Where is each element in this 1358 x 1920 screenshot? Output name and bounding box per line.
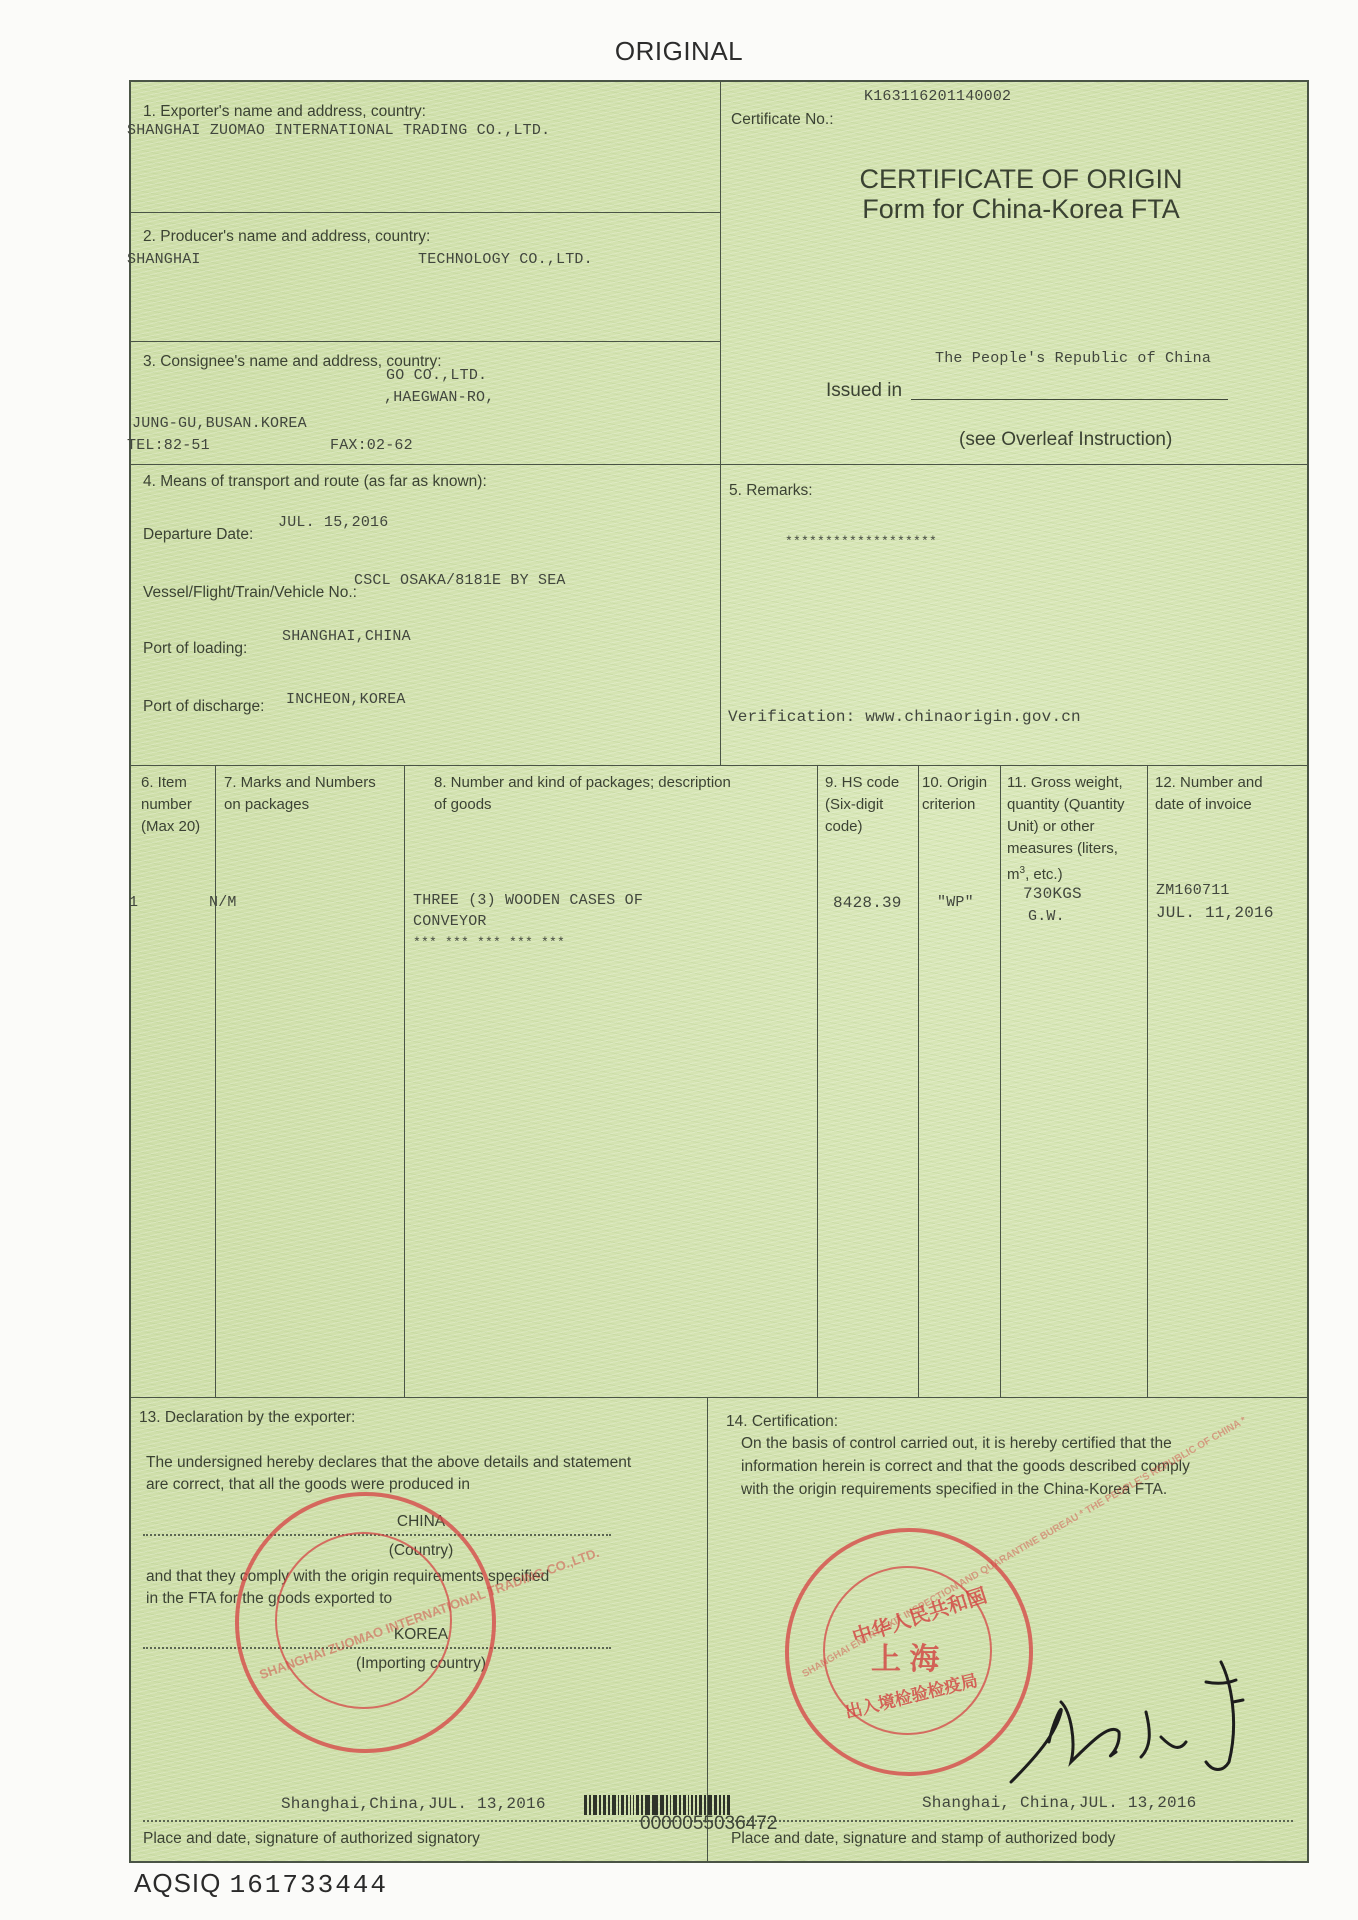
exporter-name: SHANGHAI ZUOMAO INTERNATIONAL TRADING CO… — [127, 122, 550, 139]
port-of-loading-value: SHANGHAI,CHINA — [282, 628, 411, 645]
row1-description-line3: *** *** *** *** *** — [413, 935, 565, 950]
divider-table-box13 — [131, 1397, 1309, 1398]
consignee-tel: TEL:82-51 — [127, 437, 210, 454]
certificate-form: 1. Exporter's name and address, country:… — [129, 80, 1309, 1863]
producer-name-right: TECHNOLOGY CO.,LTD. — [418, 251, 593, 268]
authority-signature-caption: Place and date, signature and stamp of a… — [731, 1829, 1115, 1849]
certification-text-2: information herein is correct and that t… — [741, 1457, 1190, 1477]
row1-quantity-line2: G.W. — [1028, 908, 1065, 925]
declaration-text-1: The undersigned hereby declares that the… — [146, 1453, 631, 1473]
produced-in-country: CHINA — [361, 1512, 481, 1532]
overleaf-note: (see Overleaf Instruction) — [959, 428, 1172, 452]
barcode-number: 0000055036472 — [640, 1813, 777, 1835]
table-col-divider-1 — [215, 765, 216, 1397]
issued-in-value: The People's Republic of China — [935, 350, 1211, 367]
divider-box2-box3 — [131, 341, 721, 342]
issued-in-label: Issued in — [826, 379, 902, 403]
consignee-fax: FAX:02-62 — [330, 437, 413, 454]
port-of-discharge-label: Port of discharge: — [143, 697, 264, 717]
row1-quantity-line1: 730KGS — [1023, 885, 1082, 903]
aqsiq-code: AQSIQ 161733444 — [134, 1868, 388, 1900]
row1-invoice-number: ZM160711 — [1156, 882, 1230, 899]
col-header-marks: 7. Marks and Numberson packages — [224, 772, 402, 816]
consignee-line-3: JUNG-GU,BUSAN.KOREA — [132, 415, 307, 432]
row1-description-line2: CONVEYOR — [413, 913, 487, 930]
col-header-description: 8. Number and kind of packages; descript… — [434, 772, 814, 816]
certificate-title: CERTIFICATE OF ORIGIN — [731, 164, 1311, 195]
table-col-divider-4 — [918, 765, 919, 1397]
box2-label: 2. Producer's name and address, country: — [143, 227, 430, 247]
stamp-inner-top: 中华人民共和国 — [848, 1579, 990, 1650]
exporter-signature-caption: Place and date, signature of authorized … — [143, 1829, 480, 1849]
row1-marks: N/M — [209, 894, 237, 911]
divider-box1-box2 — [131, 212, 721, 213]
table-col-divider-2 — [404, 765, 405, 1397]
certificate-subtitle: Form for China-Korea FTA — [731, 194, 1311, 225]
divider-top-columns — [720, 82, 721, 765]
importing-country-caption: (Importing country) — [311, 1654, 531, 1674]
original-title: ORIGINAL — [0, 36, 1358, 67]
exporter-place-date: Shanghai,China,JUL. 13,2016 — [281, 1795, 546, 1813]
stamp-outer-text: SHANGHAI ENTRY-EXIT INSPECTION AND QUARA… — [800, 1415, 1248, 1680]
importing-country-dotted-line — [143, 1647, 611, 1649]
row1-invoice-date: JUL. 11,2016 — [1156, 904, 1274, 922]
inspection-bureau-stamp: 中华人民共和国 上 海 出入境检验检疫局 SHANGHAI ENTRY-EXIT… — [785, 1528, 1033, 1776]
col-header-item-number: 6. Itemnumber(Max 20) — [141, 772, 213, 838]
certification-text-1: On the basis of control carried out, it … — [741, 1434, 1172, 1454]
remarks-value: ******************* — [785, 534, 937, 549]
declaration-text-4: in the FTA for the goods exported to — [146, 1589, 392, 1609]
divider-box3-box4 — [131, 464, 1309, 465]
divider-box13-box14 — [707, 1397, 708, 1863]
verification-text: Verification: www.chinaorigin.gov.cn — [728, 708, 1081, 726]
row1-hs-code: 8428.39 — [833, 894, 902, 912]
stamp-center: 上 海 — [871, 1634, 939, 1678]
consignee-line-2: ,HAEGWAN-RO, — [384, 389, 494, 406]
authority-place-date: Shanghai, China,JUL. 13,2016 — [922, 1794, 1196, 1812]
declaration-text-3: and that they comply with the origin req… — [146, 1567, 549, 1587]
barcode — [584, 1795, 730, 1815]
port-of-loading-label: Port of loading: — [143, 639, 247, 659]
col-header-hs-code: 9. HS code(Six-digitcode) — [825, 772, 917, 838]
box1-label: 1. Exporter's name and address, country: — [143, 102, 426, 122]
row1-item-number: 1 — [129, 894, 138, 911]
row1-origin-criterion: "WP" — [937, 894, 974, 911]
box5-label: 5. Remarks: — [729, 481, 813, 501]
box4-label: 4. Means of transport and route (as far … — [143, 472, 487, 492]
certificate-number: K163116201140002 — [864, 88, 1011, 105]
departure-date-label: Departure Date: — [143, 525, 253, 545]
aqsiq-number: 161733444 — [230, 1870, 388, 1900]
col-header-origin-criterion: 10. Origincriterion — [922, 772, 1000, 816]
row1-description-line1: THREE (3) WOODEN CASES OF — [413, 892, 643, 909]
port-of-discharge-value: INCHEON,KOREA — [286, 691, 406, 708]
importing-country: KOREA — [361, 1625, 481, 1645]
producer-name-left: SHANGHAI — [127, 251, 201, 268]
authority-signature — [1001, 1642, 1291, 1792]
country-dotted-line — [143, 1534, 611, 1536]
departure-date-value: JUL. 15,2016 — [278, 514, 388, 531]
vessel-label: Vessel/Flight/Train/Vehicle No.: — [143, 583, 357, 603]
certificate-number-label: Certificate No.: — [731, 110, 834, 130]
table-col-divider-3 — [817, 765, 818, 1397]
certification-text-3: with the origin requirements specified i… — [741, 1480, 1167, 1500]
col-header-gross-weight: 11. Gross weight,quantity (QuantityUnit)… — [1007, 772, 1147, 886]
box14-label: 14. Certification: — [726, 1412, 838, 1432]
aqsiq-prefix: AQSIQ — [134, 1868, 221, 1898]
vessel-value: CSCL OSAKA/8181E BY SEA — [354, 572, 566, 589]
stamp-inner-bottom: 出入境检验检疫局 — [842, 1666, 980, 1723]
divider-box4-table — [131, 765, 1309, 766]
table-col-divider-5 — [1000, 765, 1001, 1397]
country-caption: (Country) — [361, 1541, 481, 1561]
table-col-divider-6 — [1147, 765, 1148, 1397]
consignee-line-1: GO CO.,LTD. — [386, 367, 487, 384]
declaration-text-2: are correct, that all the goods were pro… — [146, 1475, 470, 1495]
col-header-invoice: 12. Number anddate of invoice — [1155, 772, 1305, 816]
box13-label: 13. Declaration by the exporter: — [139, 1408, 355, 1428]
issued-in-underline — [911, 399, 1228, 400]
